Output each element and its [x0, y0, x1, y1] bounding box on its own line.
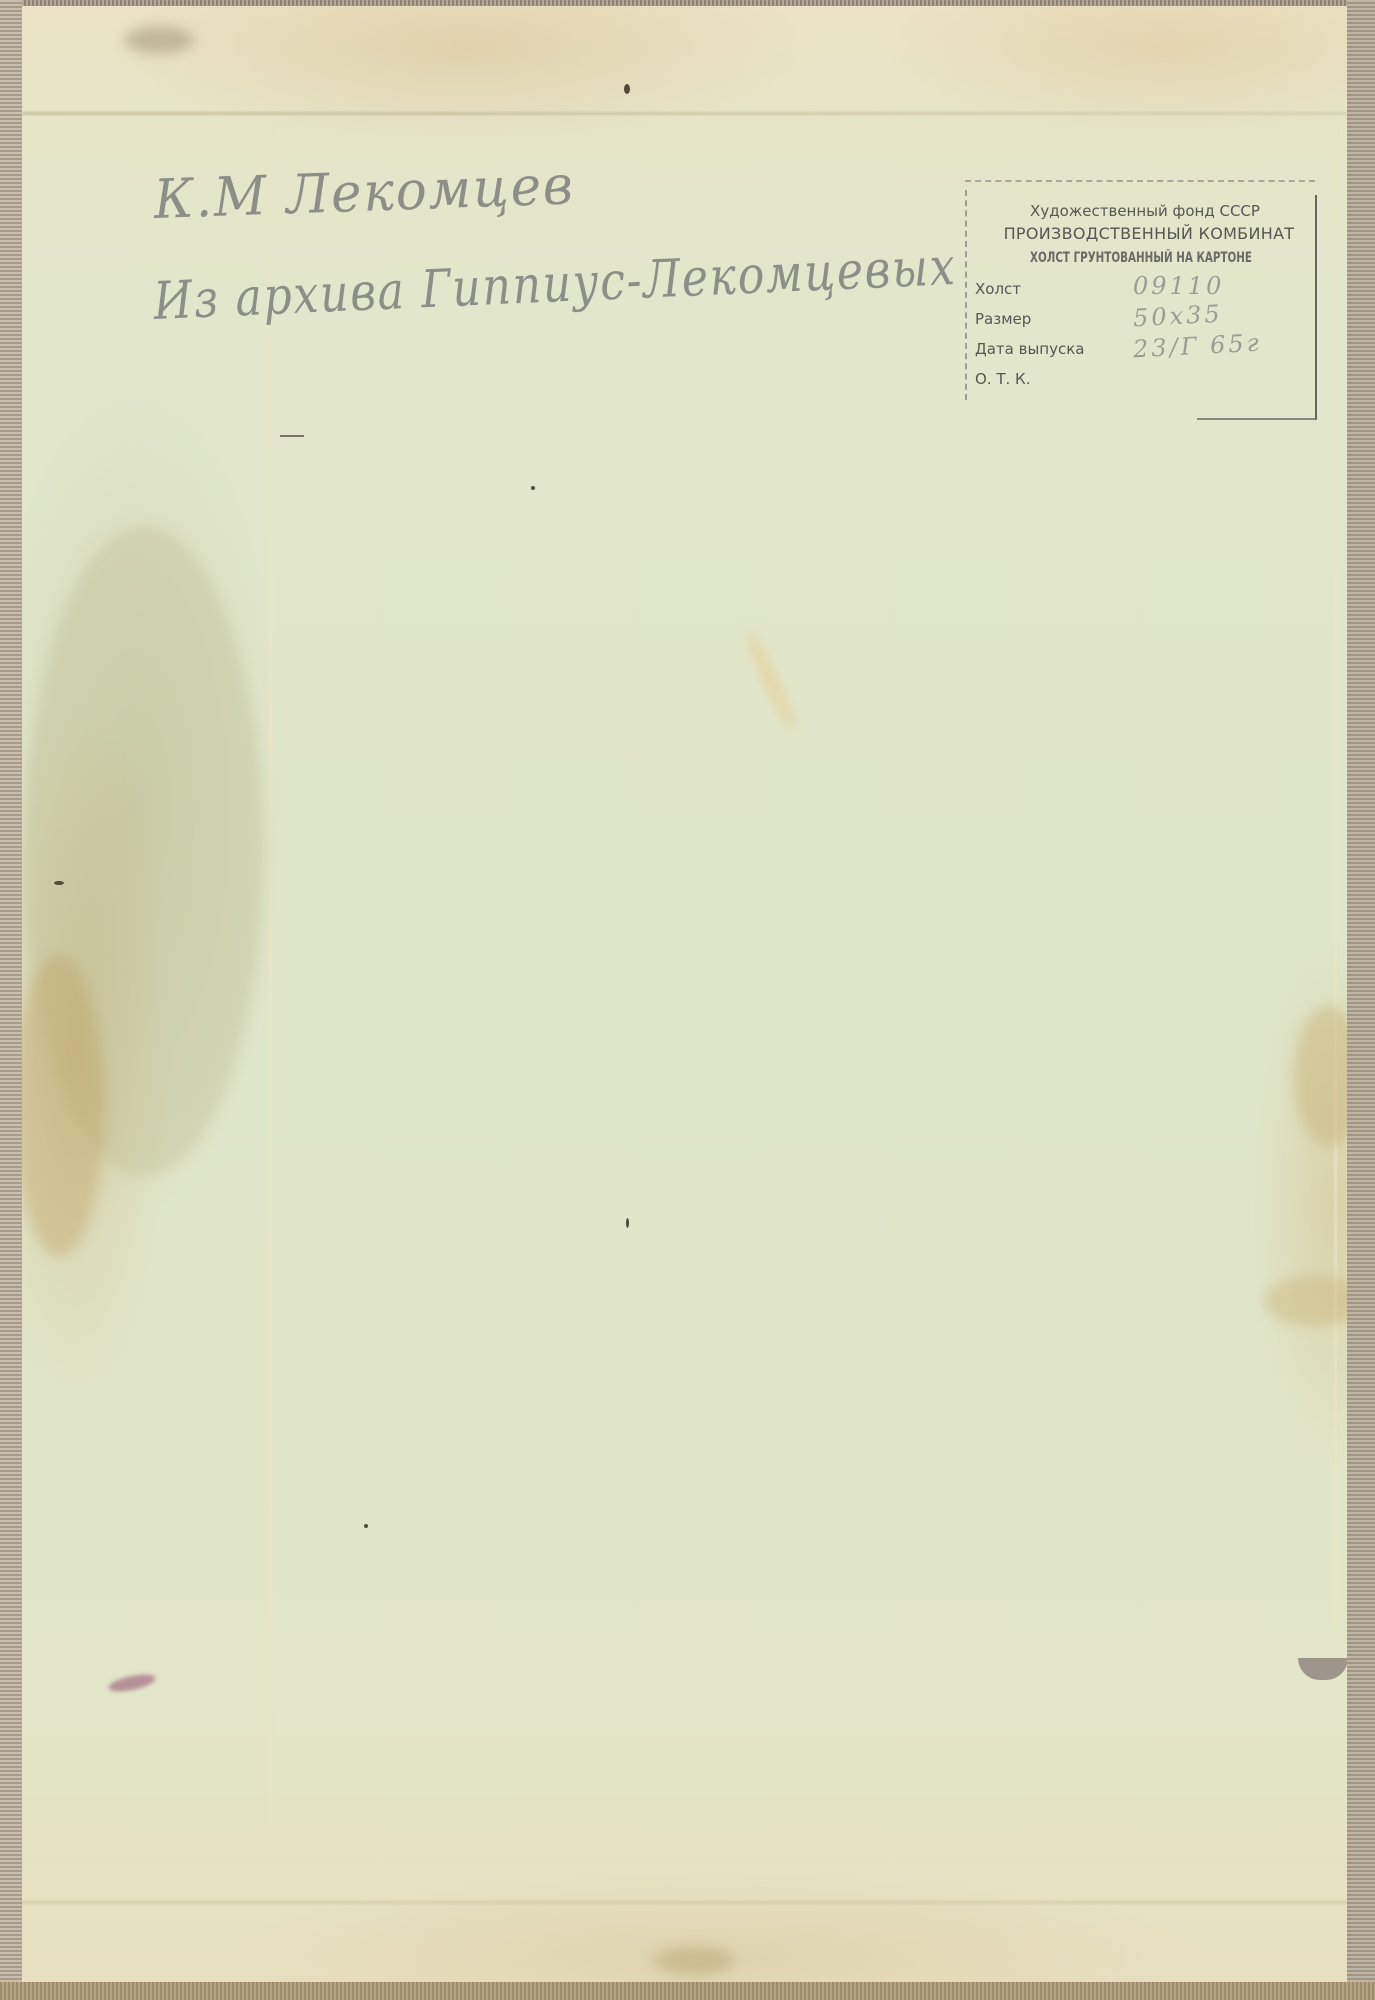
stamp-label-qc: О. Т. К. — [975, 370, 1030, 388]
manufacturer-stamp: Художественный фонд СССР ПРОИЗВОДСТВЕННЫ… — [965, 180, 1305, 412]
stamp-header-fund: Художественный фонд СССР — [975, 202, 1315, 220]
yellow-streak — [741, 628, 800, 734]
speck — [531, 486, 535, 490]
left-brown-stain — [14, 956, 104, 1256]
linen-edge-left — [0, 0, 22, 2000]
stamp-header-combine: ПРОИЗВОДСТВЕННЫЙ КОМБИНАТ — [979, 224, 1319, 243]
stamp-border-bottom — [1197, 418, 1317, 420]
stamp-border-left — [965, 190, 967, 400]
speck — [624, 84, 630, 94]
stamp-border-top — [965, 180, 1315, 182]
linen-edge-bottom — [0, 1982, 1375, 2000]
pink-mark — [107, 1671, 157, 1695]
left-crease — [269, 126, 272, 1826]
right-crease — [1334, 126, 1337, 1626]
board-photo: К.М Лекомцев Из архива Гиппиус-Лекомцевы… — [0, 0, 1375, 2000]
stamp-label-size: Размер — [975, 310, 1031, 328]
stamp-value-canvas: 09110 — [1133, 272, 1224, 300]
stamp-label-release-date: Дата выпуска — [975, 340, 1084, 358]
bottom-stain — [654, 1946, 734, 1976]
top-fold-line — [14, 112, 1351, 115]
pencil-dash — [280, 435, 304, 437]
top-left-smudge — [124, 26, 194, 54]
stamp-label-canvas: Холст — [975, 280, 1021, 298]
corner-tear — [1298, 1658, 1348, 1680]
linen-edge-right — [1347, 0, 1375, 2000]
speck — [54, 881, 64, 885]
speck — [364, 1524, 368, 1528]
stamp-header-product: ХОЛСТ ГРУНТОВАННЫЙ НА КАРТОНЕ — [1002, 250, 1281, 266]
speck — [626, 1218, 629, 1228]
bottom-fold-line — [14, 1901, 1351, 1904]
stamp-value-size: 50х35 — [1132, 300, 1223, 333]
stamp-value-release-date: 23/Г 65г — [1132, 329, 1262, 364]
